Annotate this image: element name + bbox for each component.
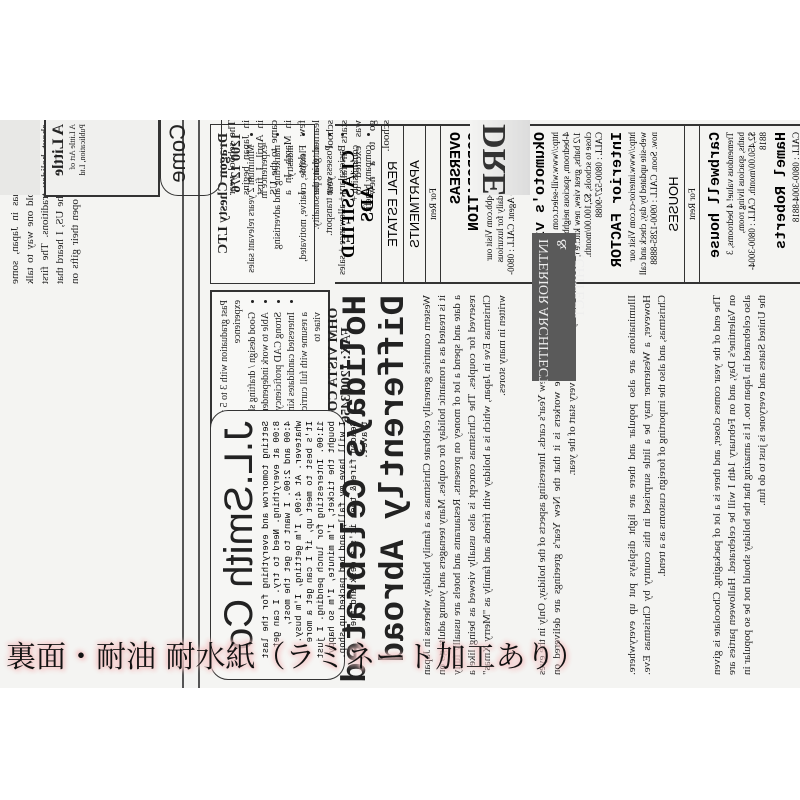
architect-band-line1: INTERIOR ARCHITECT & <box>536 239 572 387</box>
dream-subtitle: A Little <box>50 124 68 199</box>
ad-name: Carbwell house <box>707 132 725 276</box>
article-column-3: The end of the year comes closer, and th… <box>710 295 800 675</box>
classified-ad: Carbwell house Tremendous value! 4 bedro… <box>700 126 800 282</box>
dream-body: A Little Art of Publication, Ltd <box>68 124 88 199</box>
article-column-2: Illuminations are also popular and there… <box>625 295 705 675</box>
article-text: The end of the year comes closer, and th… <box>710 295 770 675</box>
architect-band-text: INTERIOR ARCHITECT & ARCHITECT <box>532 233 584 393</box>
smith-title: J.L.Smith Co <box>217 421 261 669</box>
coming-soon-panel: Come <box>160 120 222 196</box>
column-divider <box>182 120 184 688</box>
headline-line1: Holidays Celebrated <box>338 295 376 683</box>
article-text: Illuminations are also popular and there… <box>625 295 670 675</box>
coming-soon-article: The school year in Japan begins in April… <box>225 120 465 195</box>
coming-soon-label: Come <box>161 120 229 203</box>
ad-text: http://www.interior-ct.com Visit our web… <box>627 132 660 276</box>
architect-band-line2: ARCHITECT <box>572 239 590 387</box>
dream-title: DREAM <box>470 120 530 195</box>
article-text: Western countries generally celebrate Ch… <box>420 295 510 675</box>
ad-name: Interior FACTOR <box>609 132 627 276</box>
article-text: The school year in Japan begins in April… <box>225 120 465 195</box>
ad-name: Hamel Roberts <box>773 132 791 276</box>
dream-box: A Little A Little Art of Publication, Lt… <box>44 120 160 197</box>
dream-title-strip: DREAM <box>470 120 530 195</box>
headline-line2: Differently Abroad <box>376 295 414 662</box>
ad-text: CALL : 0800-3004-8818 <box>791 132 800 276</box>
category-subtitle: For Rent <box>685 126 700 282</box>
ad-text: Tremendous value! 4 bedrooms, 3 baths, s… <box>725 132 769 276</box>
edge-snippet <box>0 120 40 195</box>
dream-box-text: A Little A Little Art of Publication, Lt… <box>46 120 166 203</box>
newspaper-sheet: During Christmas in Japan, some families… <box>0 120 800 688</box>
intro-article: Western countries generally celebrate Ch… <box>420 295 530 675</box>
category-houses: HOUSES <box>663 126 685 282</box>
newspaper-print-paper: During Christmas in Japan, some families… <box>0 120 800 688</box>
column-divider <box>198 120 200 688</box>
product-caption: 裏面・耐油 耐水紙（ラミネート加工あり） <box>6 638 586 680</box>
architect-header-band: INTERIOR ARCHITECT & ARCHITECT <box>532 233 576 381</box>
